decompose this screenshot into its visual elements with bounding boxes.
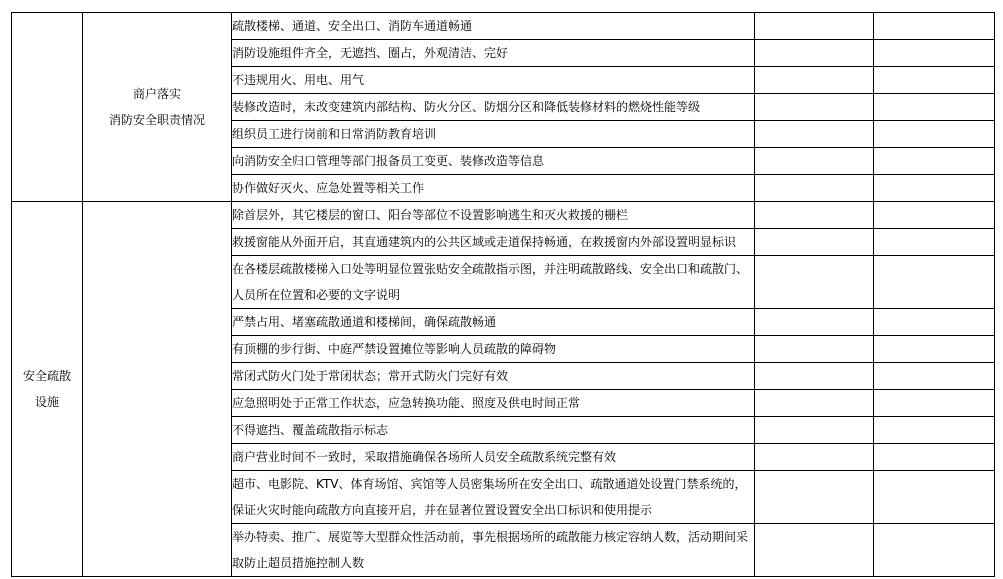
- category-line: 安全疏散: [12, 363, 82, 389]
- remark-cell[interactable]: [874, 202, 995, 229]
- subcategory-line: 消防安全职责情况: [83, 107, 231, 133]
- check-item: 消防设施组件齐全，无遮挡、圈占，外观清洁、完好: [232, 40, 755, 67]
- check-item: 应急照明处于正常工作状态，应急转换功能、照度及供电时间正常: [232, 390, 755, 417]
- check-item: 有顶棚的步行街、中庭严禁设置摊位等影响人员疏散的障碍物: [232, 336, 755, 363]
- category-cell: 安全疏散 设施: [12, 202, 83, 577]
- remark-cell[interactable]: [874, 13, 995, 40]
- remark-cell[interactable]: [874, 417, 995, 444]
- remark-cell[interactable]: [874, 524, 995, 577]
- table-row: 安全疏散 设施 除首层外，其它楼层的窗口、阳台等部位不设置影响逃生和灭火救援的栅…: [12, 202, 995, 229]
- check-result-cell[interactable]: [755, 40, 874, 67]
- check-result-cell[interactable]: [755, 336, 874, 363]
- check-result-cell[interactable]: [755, 202, 874, 229]
- table-row: 商户落实 消防安全职责情况 疏散楼梯、通道、安全出口、消防车通道畅通: [12, 13, 995, 40]
- remark-cell[interactable]: [874, 336, 995, 363]
- check-result-cell[interactable]: [755, 94, 874, 121]
- check-item: 组织员工进行岗前和日常消防教育培训: [232, 121, 755, 148]
- check-result-cell[interactable]: [755, 256, 874, 309]
- subcategory-cell: 商户落实 消防安全职责情况: [83, 13, 232, 202]
- remark-cell[interactable]: [874, 363, 995, 390]
- check-item: 不得遮挡、覆盖疏散指示标志: [232, 417, 755, 444]
- remark-cell[interactable]: [874, 256, 995, 309]
- check-item: 在各楼层疏散楼梯入口处等明显位置张贴安全疏散指示图，并注明疏散路线、安全出口和疏…: [232, 256, 755, 309]
- fire-safety-checklist-table: 商户落实 消防安全职责情况 疏散楼梯、通道、安全出口、消防车通道畅通 消防设施组…: [11, 12, 995, 577]
- check-item: 协作做好灭火、应急处置等相关工作: [232, 175, 755, 202]
- check-item: 常闭式防火门处于常闭状态；常开式防火门完好有效: [232, 363, 755, 390]
- check-item: 举办特卖、推广、展览等大型群众性活动前，事先根据场所的疏散能力核定容纳人数，活动…: [232, 524, 755, 577]
- check-result-cell[interactable]: [755, 175, 874, 202]
- remark-cell[interactable]: [874, 175, 995, 202]
- remark-cell[interactable]: [874, 444, 995, 471]
- remark-cell[interactable]: [874, 148, 995, 175]
- check-result-cell[interactable]: [755, 390, 874, 417]
- check-result-cell[interactable]: [755, 444, 874, 471]
- check-item: 除首层外，其它楼层的窗口、阳台等部位不设置影响逃生和灭火救援的栅栏: [232, 202, 755, 229]
- remark-cell[interactable]: [874, 309, 995, 336]
- check-item: 救援窗能从外面开启，其直通建筑内的公共区域或走道保持畅通，在救援窗内外部设置明显…: [232, 229, 755, 256]
- check-result-cell[interactable]: [755, 121, 874, 148]
- subcategory-line: 商户落实: [83, 81, 231, 107]
- check-result-cell[interactable]: [755, 148, 874, 175]
- check-item: 向消防安全归口管理等部门报备员工变更、装修改造等信息: [232, 148, 755, 175]
- check-result-cell[interactable]: [755, 363, 874, 390]
- check-result-cell[interactable]: [755, 13, 874, 40]
- check-item: 超市、电影院、KTV、体育场馆、宾馆等人员密集场所在安全出口、疏散通道处设置门禁…: [232, 471, 755, 524]
- remark-cell[interactable]: [874, 471, 995, 524]
- check-result-cell[interactable]: [755, 67, 874, 94]
- check-item: 商户营业时间不一致时，采取措施确保各场所人员安全疏散系统完整有效: [232, 444, 755, 471]
- check-item: 疏散楼梯、通道、安全出口、消防车通道畅通: [232, 13, 755, 40]
- check-item: 装修改造时，未改变建筑内部结构、防火分区、防烟分区和降低装修材料的燃烧性能等级: [232, 94, 755, 121]
- remark-cell[interactable]: [874, 40, 995, 67]
- check-result-cell[interactable]: [755, 417, 874, 444]
- remark-cell[interactable]: [874, 94, 995, 121]
- check-result-cell[interactable]: [755, 524, 874, 577]
- check-result-cell[interactable]: [755, 309, 874, 336]
- check-item: 不违规用火、用电、用气: [232, 67, 755, 94]
- remark-cell[interactable]: [874, 229, 995, 256]
- remark-cell[interactable]: [874, 390, 995, 417]
- check-item: 严禁占用、堵塞疏散通道和楼梯间，确保疏散畅通: [232, 309, 755, 336]
- subcategory-cell-empty: [83, 202, 232, 577]
- category-cell-empty: [12, 13, 83, 202]
- category-line: 设施: [12, 389, 82, 415]
- check-result-cell[interactable]: [755, 229, 874, 256]
- check-result-cell[interactable]: [755, 471, 874, 524]
- remark-cell[interactable]: [874, 121, 995, 148]
- remark-cell[interactable]: [874, 67, 995, 94]
